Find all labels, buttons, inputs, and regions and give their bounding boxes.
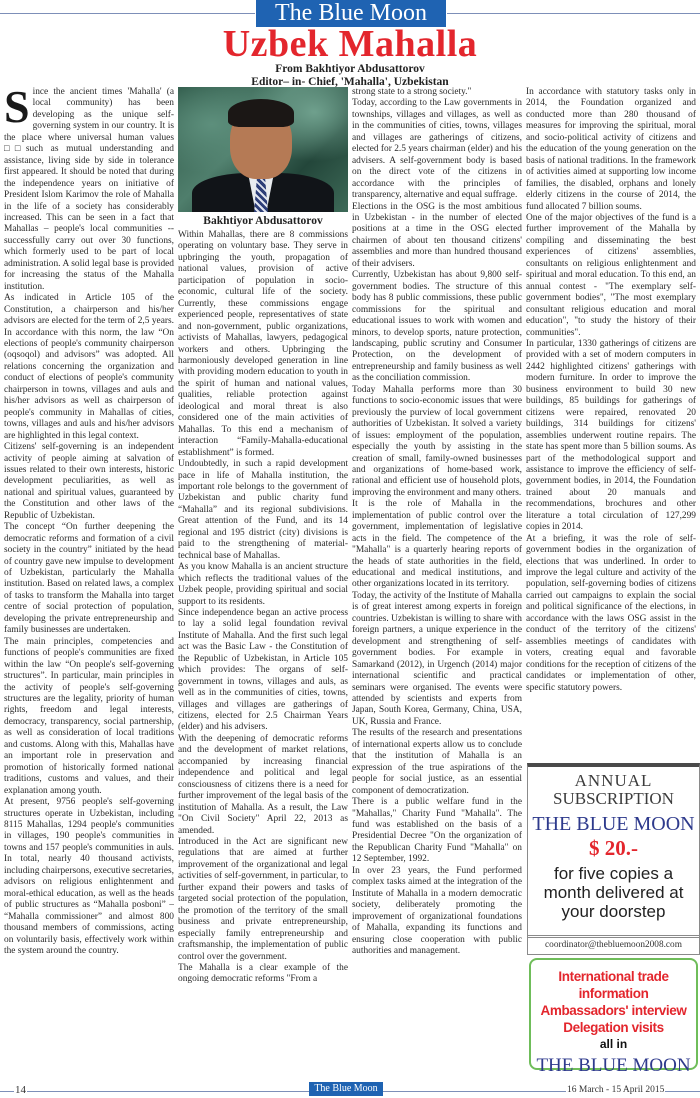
promo-line-all-in: all in: [531, 1036, 696, 1052]
paragraph: One of the major objectives of the fund …: [526, 213, 696, 339]
promo-brand: THE BLUE MOON: [531, 1054, 696, 1078]
subscription-price: $ 20.-: [528, 836, 699, 861]
paragraph: The results of the research and presenta…: [352, 728, 522, 797]
promo-line-delegation: Delegation visits: [531, 1019, 696, 1036]
issue-date: 16 March - 15 April 2015: [566, 1082, 665, 1098]
subscription-ad: ANNUAL SUBSCRIPTION THE BLUE MOON $ 20.-…: [527, 763, 700, 938]
paragraph: As you know Mahalla is an ancient struct…: [178, 562, 348, 608]
paragraph: Within Mahallas, there are 8 commissions…: [178, 230, 348, 459]
paragraph: As indicated in Article 105 of the Const…: [4, 293, 174, 442]
subscription-offer: for five copies a month delivered at you…: [528, 864, 699, 921]
paragraph: With the deepening of democratic reforms…: [178, 734, 348, 837]
photo-hair: [228, 99, 294, 127]
article-column-2: Bakhtiyor Abdusattorov Within Mahallas, …: [178, 87, 348, 986]
masthead-rule-right: [447, 13, 700, 14]
paragraph: Since independence began an active proce…: [178, 608, 348, 734]
paragraph: It is the role of Mahalla in the impleme…: [352, 499, 522, 591]
paragraph: At a briefing, it was the role of self-g…: [526, 534, 696, 694]
article-column-4: In accordance with statutory tasks only …: [526, 87, 696, 694]
paragraph: Introduced in the Act are significant ne…: [178, 837, 348, 963]
paragraph: In over 23 years, the Fund performed com…: [352, 866, 522, 958]
footer-brand: The Blue Moon: [309, 1082, 383, 1096]
paragraph: The Mahalla is a clear example of the on…: [178, 963, 348, 986]
paragraph: Elections in the OSG is the most ambitio…: [352, 202, 522, 271]
page-number: 14: [14, 1082, 27, 1098]
article-title: Uzbek Mahalla: [0, 24, 700, 64]
promo-line-trade: International trade information: [531, 968, 696, 1002]
byline-author: From Bakhtiyor Abdusattorov: [0, 63, 700, 76]
paragraph: Today Mahalla performs more than 30 func…: [352, 385, 522, 500]
author-photo: [178, 87, 348, 212]
subscription-brand: THE BLUE MOON: [528, 812, 699, 836]
paragraph: In accordance with statutory tasks only …: [526, 87, 696, 213]
paragraph: Today, the activity of the Institute of …: [352, 591, 522, 728]
article-column-1: Since the ancient times 'Mahalla' (a loc…: [4, 87, 174, 957]
subscription-label: SUBSCRIPTION: [528, 790, 699, 808]
paragraph: Citizens' self-governing is an independe…: [4, 442, 174, 522]
drop-cap: S: [4, 88, 30, 126]
byline: From Bakhtiyor Abdusattorov Editor– in- …: [0, 63, 700, 89]
article-column-3: strong state to a strong society." Today…: [352, 87, 522, 957]
photo-caption: Bakhtiyor Abdusattorov: [178, 214, 348, 229]
page-footer: 14 The Blue Moon 16 March - 15 April 201…: [0, 1082, 700, 1098]
paragraph: Today, according to the Law governments …: [352, 98, 522, 201]
paragraph: At present, 9756 people's self-governing…: [4, 797, 174, 957]
paragraph: Since the ancient times 'Mahalla' (a loc…: [4, 87, 174, 293]
paragraph: There is a public welfare fund in the "M…: [352, 797, 522, 866]
promo-ad: International trade information Ambassad…: [529, 958, 698, 1070]
paragraph: In particular, 1330 gatherings of citize…: [526, 339, 696, 534]
subscription-annual: ANNUAL: [528, 772, 699, 790]
paragraph: Currently, Uzbekistan has about 9,800 se…: [352, 270, 522, 385]
subscription-email-link[interactable]: coordinator@thebluemoon2008.com: [527, 935, 700, 955]
promo-line-ambassadors: Ambassadors' interview: [531, 1002, 696, 1019]
paragraph: The concept “On further deepening the de…: [4, 522, 174, 637]
paragraph: Undoubtedly, in such a rapid development…: [178, 459, 348, 562]
masthead-rule-left: [0, 13, 255, 14]
paragraph: strong state to a strong society.": [352, 87, 522, 98]
paragraph: The main principles, competencies and fu…: [4, 637, 174, 797]
